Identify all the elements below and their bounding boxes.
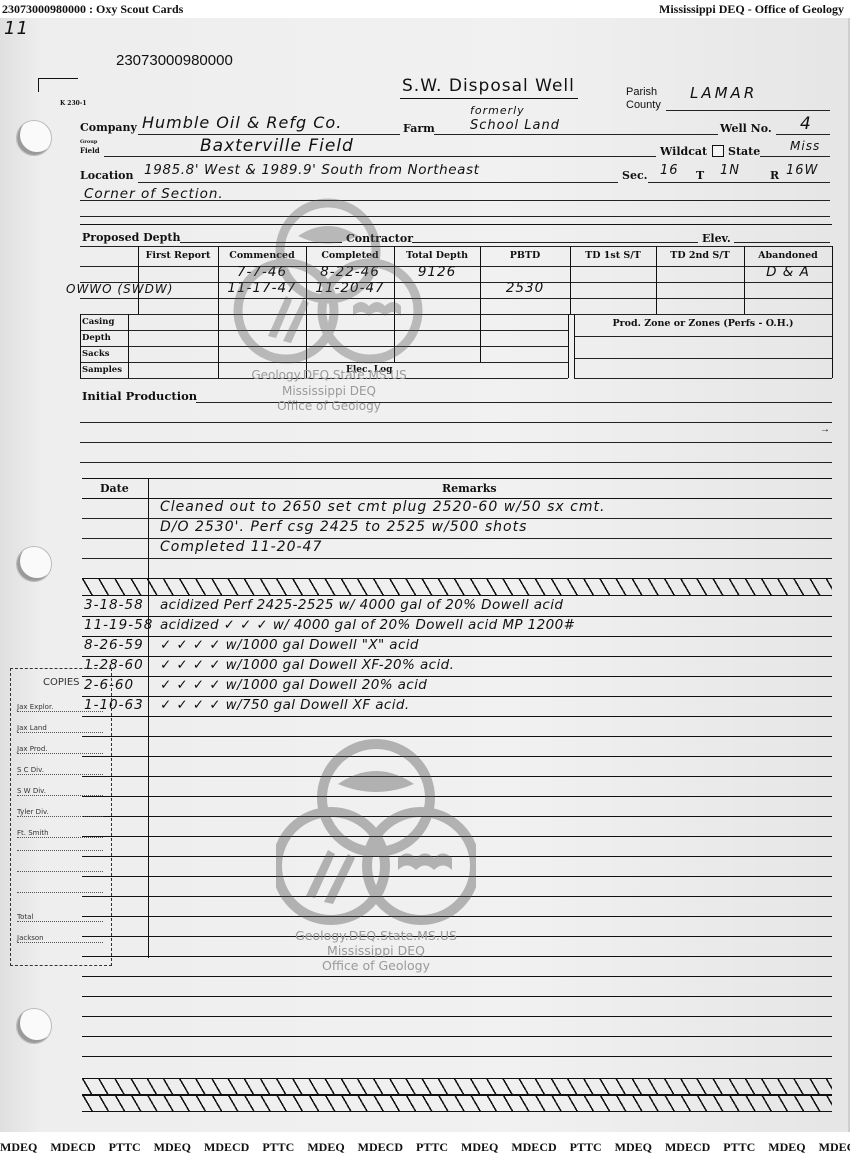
status-header-5: TD 1st S/T (570, 250, 656, 261)
status-cell: D & A (744, 264, 832, 280)
remark-date: 11-19-58 (84, 617, 153, 633)
copies-item: Jackson (17, 934, 103, 943)
township-label: T (696, 169, 704, 182)
well-no-value: 4 (800, 114, 812, 134)
well-no-label: Well No. (720, 122, 772, 135)
form-number: K 230-1 (60, 100, 87, 107)
county-value: LAMAR (690, 84, 757, 102)
remark-text: ✓ ✓ ✓ ✓ w/1000 gal Dowell 20% acid (160, 677, 427, 693)
remark-text: acidized Perf 2425-2525 w/ 4000 gal of 2… (160, 597, 563, 613)
company-value: Humble Oil & Refg Co. (142, 113, 342, 132)
copies-item (17, 850, 103, 851)
wildcat-checkbox[interactable] (712, 145, 724, 157)
state-value: Miss (790, 139, 820, 153)
bottom-hatch-divider-2 (82, 1094, 832, 1112)
copies-title: COPIES (43, 677, 80, 688)
wildcat-label: Wildcat (660, 145, 707, 158)
sec-value: 16 (660, 163, 679, 178)
remark-text: ✓ ✓ ✓ ✓ w/1000 gal Dowell XF-20% acid. (160, 657, 454, 673)
casing-row-label-0: Casing (82, 317, 114, 327)
casing-table: CasingDepthSacksSamplesElec. LogProd. Zo… (80, 314, 832, 378)
casing-row-label-1: Depth (82, 333, 111, 343)
well-type-title: S.W. Disposal Well (402, 76, 575, 96)
remark-text: ✓ ✓ ✓ ✓ w/1000 gal Dowell "X" acid (160, 637, 419, 653)
field-value: Baxterville Field (200, 136, 354, 156)
copies-item: Ft. Smith (17, 829, 103, 838)
location-value-line1: 1985.8' West & 1989.9' South from Northe… (144, 162, 480, 178)
copies-item: Jax Land (17, 724, 103, 733)
status-header-6: TD 2nd S/T (656, 250, 744, 261)
arrow-mark: → (820, 424, 830, 435)
date-header: Date (100, 482, 129, 495)
county-label: County (626, 99, 661, 111)
watermark-office-bottom: Office of Geology (276, 958, 476, 973)
status-header-0: First Report (138, 250, 218, 261)
status-header-4: PBTD (480, 250, 570, 261)
township-value: 1N (720, 163, 740, 178)
punch-hole-top (16, 120, 52, 156)
sec-label: Sec. (622, 169, 647, 182)
prod-zone-label: Prod. Zone or Zones (Perfs - O.H.) (574, 318, 832, 329)
copies-box: COPIES Jax Explor.Jax LandJax Prod.S C D… (10, 668, 112, 966)
company-label: Company (80, 121, 137, 134)
scout-card-scan: 11 23073000980000 K 230-1 S.W. Disposal … (0, 18, 850, 1132)
viewer-header: 23073000980000 : Oxy Scout Cards Mississ… (0, 0, 850, 18)
initial-production-label: Initial Production (82, 389, 197, 403)
remarks-header: Remarks (442, 482, 497, 495)
watermark-url-bottom: Geology.DEQ.State.MS.US (276, 928, 476, 943)
copies-item: Jax Explor. (17, 703, 103, 712)
watermark-url-top: Geology.DEQ.State.MS.US (234, 368, 424, 382)
copies-item (17, 871, 103, 872)
range-label: R (770, 169, 779, 182)
field-group-label: Group (80, 139, 97, 145)
copies-item: S W Div. (17, 787, 103, 796)
range-value: 16W (786, 163, 818, 178)
hatch-divider (82, 578, 832, 596)
corner-mark: 11 (4, 18, 29, 39)
farm-annotation: formerly (470, 104, 525, 117)
location-label: Location (80, 169, 134, 182)
farm-value: School Land (470, 118, 560, 133)
punch-hole-bottom (16, 1008, 52, 1044)
proposed-depth-label: Proposed Depth (82, 231, 180, 244)
watermark-office-top: Office of Geology (234, 399, 424, 413)
elevation-label: Elev. (702, 232, 731, 245)
copies-item: S C Div. (17, 766, 103, 775)
completion-note: Cleaned out to 2650 set cmt plug 2520-60… (160, 499, 605, 515)
status-table: First ReportCommencedCompletedTotal Dept… (80, 246, 832, 314)
completion-note: D/O 2530'. Perf csg 2425 to 2525 w/500 s… (160, 519, 527, 535)
remark-date: 8-26-59 (84, 637, 144, 653)
status-cell: 2530 (480, 280, 570, 296)
copies-item (17, 892, 103, 893)
status-header-7: Abandoned (744, 250, 832, 261)
copies-item: Tyler Div. (17, 808, 103, 817)
api-number: 23073000980000 (116, 52, 233, 69)
document-id-title: 23073000980000 : Oxy Scout Cards (2, 0, 183, 18)
copies-item: Total (17, 913, 103, 922)
agency-title: Mississippi DEQ - Office of Geology (659, 0, 844, 18)
state-label: State (728, 145, 760, 158)
status-row-label: OWWO (SWDW) (66, 282, 173, 296)
watermark-agency-top: Mississippi DEQ (234, 384, 424, 398)
remark-text: ✓ ✓ ✓ ✓ w/750 gal Dowell XF acid. (160, 697, 410, 713)
punch-hole-middle (16, 546, 52, 582)
mdeq-logo-watermark-bottom (276, 736, 476, 936)
viewer-footer: MDEQ MDECD PTTC MDEQ MDECD PTTC MDEQ MDE… (0, 1138, 850, 1156)
remark-date: 3-18-58 (84, 597, 144, 613)
field-label: Field (80, 146, 100, 155)
casing-row-label-3: Samples (82, 365, 122, 375)
copies-item: Jax Prod. (17, 745, 103, 754)
farm-label: Farm (403, 122, 435, 135)
remark-text: acidized ✓ ✓ ✓ w/ 4000 gal of 20% Dowell… (160, 617, 575, 633)
watermark-agency-bottom: Mississippi DEQ (276, 943, 476, 958)
casing-row-label-2: Sacks (82, 349, 110, 359)
completion-note: Completed 11-20-47 (160, 539, 322, 555)
mdeq-logo-watermark-top (228, 196, 428, 366)
parish-label: Parish (626, 86, 657, 98)
